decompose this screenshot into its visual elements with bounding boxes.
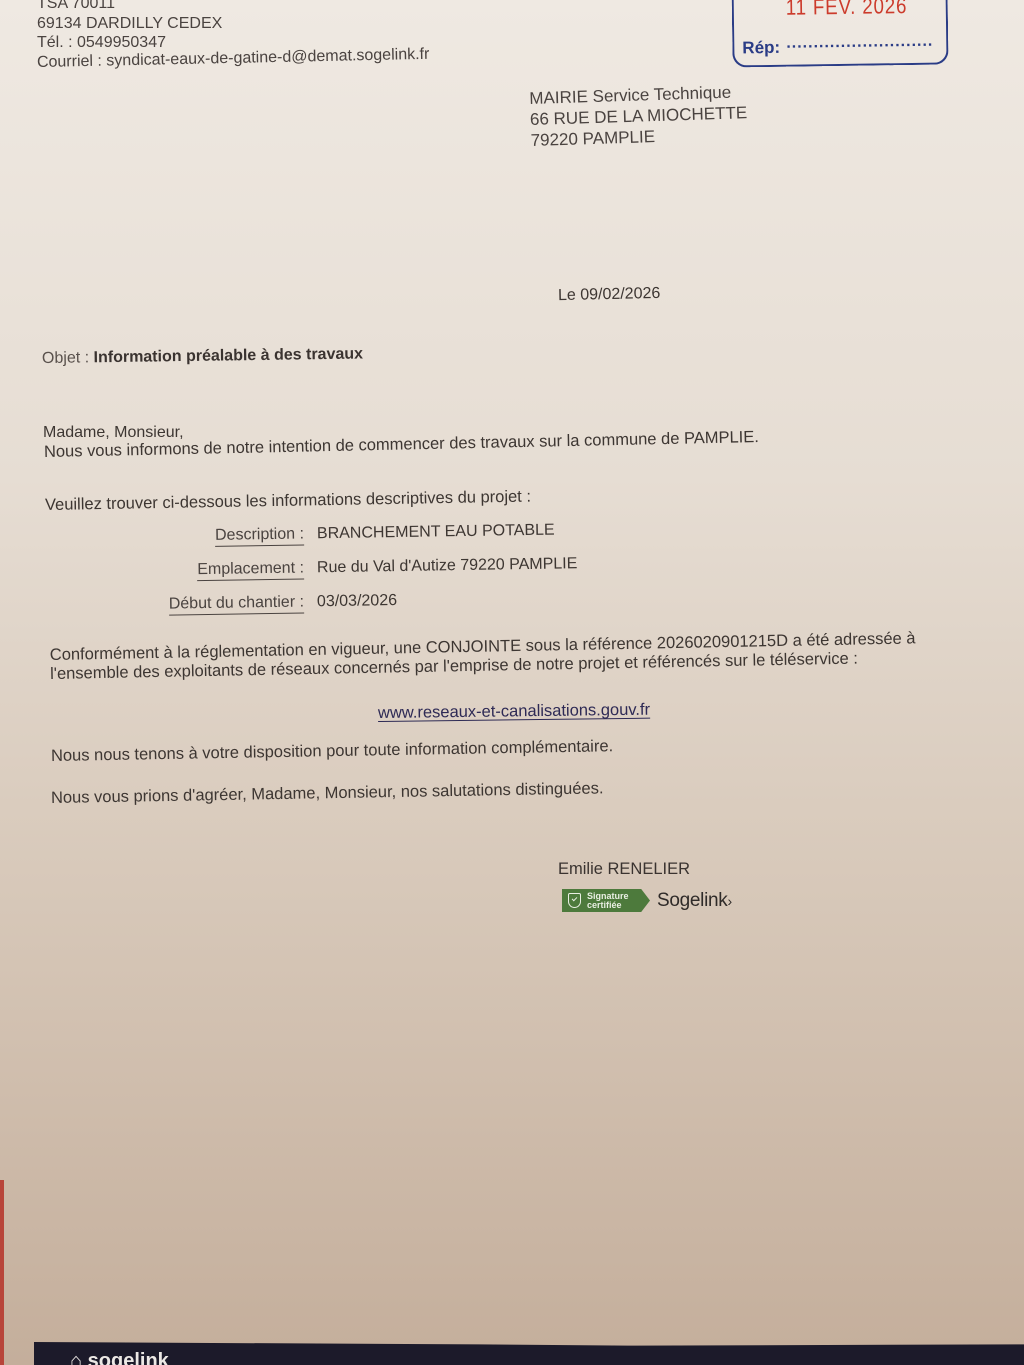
- sender-city: 69134 DARDILLY CEDEX: [37, 14, 429, 34]
- chevron-icon: ›: [727, 893, 731, 909]
- closing-paragraph: Nous vous prions d'agréer, Madame, Monsi…: [51, 779, 604, 808]
- detail-row-start-date: Début du chantier : 03/03/2026: [144, 592, 397, 614]
- detail-row-location: Emplacement : Rue du Val d'Autize 79220 …: [144, 555, 578, 580]
- letter-date: Le 09/02/2026: [558, 285, 661, 305]
- greeting: Madame, Monsieur,: [43, 424, 184, 442]
- stamp-reply-label: Rép:: [742, 38, 780, 59]
- recipient-address: MAIRIE Service Technique 66 RUE DE LA MI…: [529, 81, 748, 151]
- subject-label: Objet :: [42, 349, 89, 367]
- received-stamp: 11 FEV. 2026 Rép: ......................…: [731, 0, 948, 68]
- sender-address: TSA 70011 69134 DARDILLY CEDEX Tél. : 05…: [37, 0, 429, 72]
- footer-logo-text: sogelink: [88, 1350, 169, 1365]
- background-edge: [0, 1180, 4, 1365]
- conformity-paragraph: Conformément à la réglementation en vigu…: [50, 629, 916, 684]
- badge-line-2: certifiée: [587, 901, 629, 910]
- detail-label: Description :: [215, 525, 304, 546]
- footer-logo: ⌂ sogelink: [70, 1350, 169, 1365]
- detail-value: 03/03/2026: [317, 592, 397, 611]
- detail-row-description: Description : BRANCHEMENT EAU POTABLE: [144, 522, 555, 546]
- home-icon: ⌂: [70, 1350, 82, 1365]
- subject-line: Objet : Information préalable à des trav…: [42, 346, 363, 368]
- shield-check-icon: [568, 893, 581, 908]
- letter-page: TSA 70011 69134 DARDILLY CEDEX Tél. : 05…: [0, 0, 1024, 1365]
- footer-band: [34, 1342, 1024, 1365]
- sogelink-logo-text: Sogelink: [657, 890, 727, 911]
- details-intro: Veuillez trouver ci-dessous les informat…: [45, 488, 531, 515]
- detail-value: BRANCHEMENT EAU POTABLE: [317, 522, 555, 544]
- detail-value: Rue du Val d'Autize 79220 PAMPLIE: [317, 555, 578, 577]
- certified-signature-badge: Signature certifiée Sogelink›: [562, 889, 732, 912]
- detail-label: Emplacement :: [197, 559, 304, 581]
- sender-po-box: TSA 70011: [37, 0, 429, 14]
- subject-text: Information préalable à des travaux: [93, 346, 363, 367]
- availability-paragraph: Nous nous tenons à votre disposition pou…: [51, 737, 613, 766]
- signer-name: Emilie RENELIER: [558, 860, 690, 879]
- signature-certified-tag: Signature certifiée: [562, 889, 650, 912]
- sogelink-logo: Sogelink›: [657, 890, 732, 912]
- detail-label: Début du chantier :: [169, 593, 305, 615]
- stamp-reply-dots: ...........................: [786, 33, 933, 53]
- teleservice-link[interactable]: www.reseaux-et-canalisations.gouv.fr: [378, 701, 650, 723]
- stamp-date: 11 FEV. 2026: [786, 0, 908, 21]
